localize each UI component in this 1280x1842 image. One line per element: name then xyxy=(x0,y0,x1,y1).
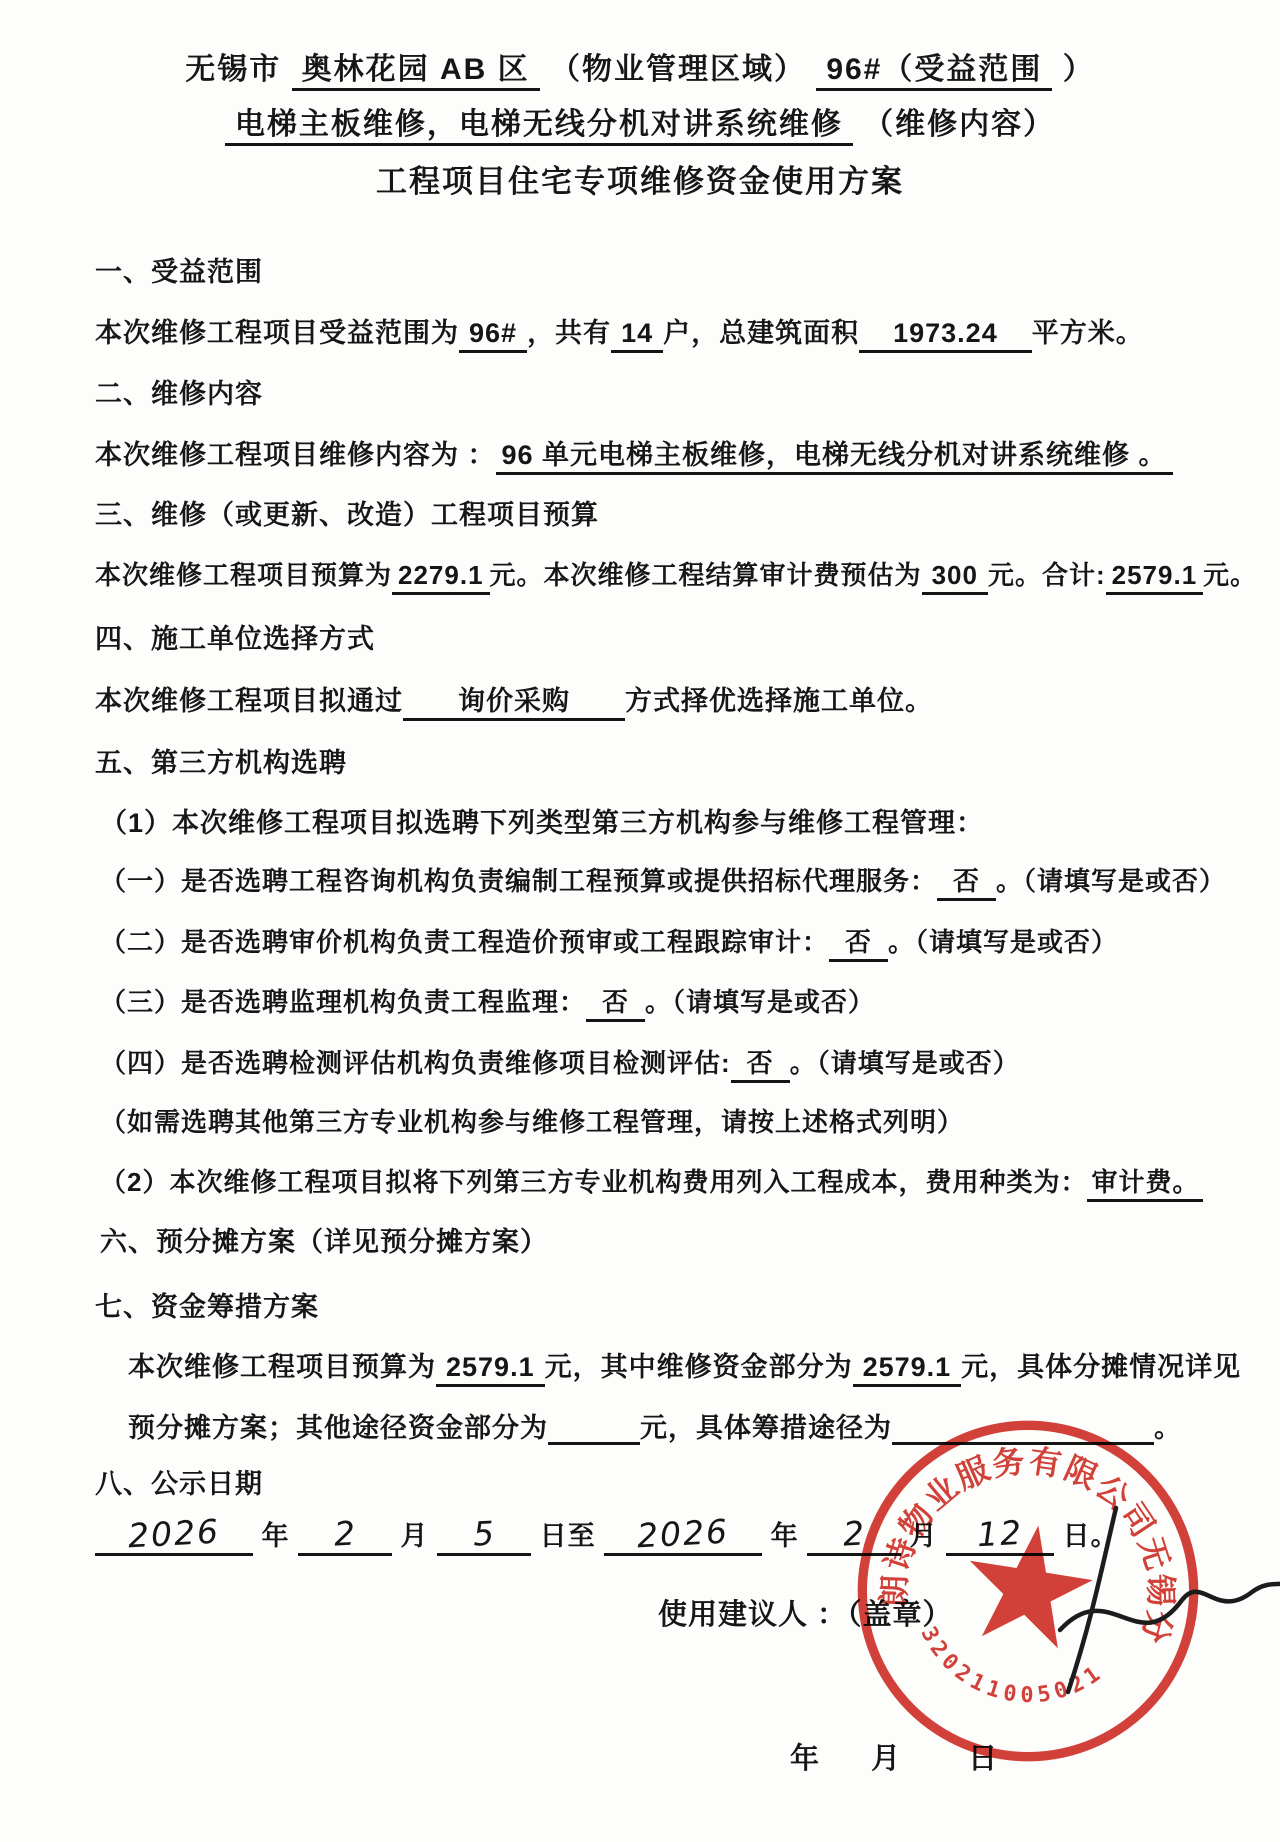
end-year-value: 2026 xyxy=(604,1514,762,1556)
section1-paragraph: 本次维修工程项目受益范围为96#，共有14户，总建筑面积1973.24平方米。 xyxy=(95,311,1144,350)
section5-q3: （三）是否选聘监理机构负责工程监理：否。（请填写是或否） xyxy=(100,982,875,1019)
section7-heading-text: 七、资金筹措方案 xyxy=(95,1292,319,1322)
section1-heading: 一、受益范围 xyxy=(95,250,263,289)
s2-text-a: 本次维修工程项目维修内容为 ： xyxy=(95,440,496,470)
title-repair-content-label: （维修内容） xyxy=(863,108,1055,141)
s5-q2-text: （二）是否选聘审价机构负责工程造价预审或工程跟踪审计： xyxy=(100,927,829,957)
start-year-handwriting: 2026 xyxy=(127,1512,221,1556)
title-city: 无锡市 xyxy=(185,53,281,86)
title-mid-label: （物业管理区域） xyxy=(550,53,806,86)
section5-heading-text: 五、第三方机构选聘 xyxy=(95,748,347,778)
section3-heading: 三、维修（或更新、改造）工程项目预算 xyxy=(95,493,599,532)
section5-item1: （1）本次维修工程项目拟选聘下列类型第三方机构参与维修工程管理： xyxy=(100,801,984,840)
end-year-handwriting: 2026 xyxy=(636,1512,730,1556)
s1-text-c: 户，总建筑面积 xyxy=(663,318,859,348)
s1-text-b: ，共有 xyxy=(527,318,611,348)
s5-q3-text: （三）是否选聘监理机构负责工程监理： xyxy=(100,987,586,1017)
s5-q2-suffix: 。（请填写是或否） xyxy=(888,927,1118,957)
start-year-value: 2026 xyxy=(95,1514,253,1556)
title-community-value: 奥林花园 AB 区 xyxy=(292,53,540,91)
s1-text-a: 本次维修工程项目受益范围为 xyxy=(95,318,459,348)
title-scope-value: 96#（受益范围 xyxy=(816,53,1052,91)
s1-area-value: 1973.24 xyxy=(859,318,1032,353)
section2-heading: 二、维修内容 xyxy=(95,372,263,411)
section2-paragraph: 本次维修工程项目维修内容为 ：96 单元电梯主板维修，电梯无线分机对讲系统维修 … xyxy=(95,433,1173,472)
section8-heading-text: 八、公示日期 xyxy=(95,1469,263,1499)
s3-audit-fee-value: 300 xyxy=(922,560,988,595)
section4-heading-text: 四、施工单位选择方式 xyxy=(95,624,375,654)
s3-budget-value: 2279.1 xyxy=(392,560,490,595)
s4-text-b: 方式择优选择施工单位。 xyxy=(625,686,933,716)
start-day-handwriting: 5 xyxy=(472,1513,497,1553)
s5-q1-suffix: 。（请填写是或否） xyxy=(996,866,1226,896)
s3-text-a: 本次维修工程项目预算为 xyxy=(95,560,392,590)
s5-q4-suffix: 。（请填写是或否） xyxy=(790,1048,1020,1078)
s7-text-b: 元，其中维修资金部分为 xyxy=(545,1352,853,1382)
s3-text-d: 元。 xyxy=(1203,560,1257,590)
title-close-paren: ） xyxy=(1063,53,1095,86)
title-repair-content-value: 电梯主板维修，电梯无线分机对讲系统维修 xyxy=(225,108,853,146)
s3-total-value: 2579.1 xyxy=(1106,560,1204,595)
s5-q1-text: （一）是否选聘工程咨询机构负责编制工程预算或提供招标代理服务： xyxy=(100,866,937,896)
section2-heading-text: 二、维修内容 xyxy=(95,379,263,409)
signature-ink xyxy=(1020,1480,1280,1720)
s5-q4-text: （四）是否选聘检测评估机构负责维修项目检测评估: xyxy=(100,1048,731,1078)
s7-text-d: 预分摊方案；其他途径资金部分为 xyxy=(128,1413,548,1443)
s3-text-c: 元。合计: xyxy=(988,560,1106,590)
section4-paragraph: 本次维修工程项目拟通过询价采购方式择优选择施工单位。 xyxy=(95,679,933,718)
section6-heading: 六、预分摊方案（详见预分摊方案） xyxy=(100,1220,548,1259)
section5-heading: 五、第三方机构选聘 xyxy=(95,741,347,780)
start-month-value: 2 xyxy=(298,1514,392,1556)
section5-note: （如需选聘其他第三方专业机构参与维修工程管理，请按上述格式列明） xyxy=(100,1102,964,1139)
s3-text-b: 元。本次维修工程结算审计费预估为 xyxy=(490,560,922,590)
signature-stroke-1 xyxy=(1068,1508,1116,1692)
page-title: 工程项目住宅专项维修资金使用方案 xyxy=(376,164,904,199)
s7-fund-value: 2579.1 xyxy=(853,1352,962,1387)
section6-heading-text: 六、预分摊方案（详见预分摊方案） xyxy=(100,1227,548,1257)
s5-note-text: （如需选聘其他第三方专业机构参与维修工程管理，请按上述格式列明） xyxy=(100,1107,964,1137)
doc-title-line1: 无锡市 奥林花园 AB 区 （物业管理区域） 96#（受益范围 ） xyxy=(0,44,1280,88)
section4-heading: 四、施工单位选择方式 xyxy=(95,617,375,656)
section5-q4: （四）是否选聘检测评估机构负责维修项目检测评估:否。（请填写是或否） xyxy=(100,1043,1020,1080)
s2-content-value: 96 单元电梯主板维修，电梯无线分机对讲系统维修 。 xyxy=(496,440,1173,475)
s7-budget-value: 2579.1 xyxy=(436,1352,545,1387)
s5-item1-text: （1）本次维修工程项目拟选聘下列类型第三方机构参与维修工程管理： xyxy=(100,808,984,838)
section5-q2: （二）是否选聘审价机构负责工程造价预审或工程跟踪审计：否。（请填写是或否） xyxy=(100,922,1118,959)
doc-title-line2: 电梯主板维修，电梯无线分机对讲系统维修 （维修内容） xyxy=(0,99,1280,143)
s7-text-e: 元，具体筹措途径为 xyxy=(640,1413,892,1443)
s5-q4-answer: 否 xyxy=(731,1048,790,1083)
section8-heading: 八、公示日期 xyxy=(95,1462,263,1501)
year1-label: 年 xyxy=(262,1521,290,1551)
year2-label: 年 xyxy=(771,1521,799,1551)
s5-q1-answer: 否 xyxy=(937,866,996,901)
start-month-handwriting: 2 xyxy=(333,1513,358,1553)
footer-year-label: 年 xyxy=(790,1743,820,1775)
s5-fee-type-value: 审计费。 xyxy=(1087,1167,1203,1202)
s5-q3-answer: 否 xyxy=(586,987,645,1022)
section1-heading-text: 一、受益范围 xyxy=(95,257,263,287)
month1-label: 月 xyxy=(401,1521,429,1551)
s4-text-a: 本次维修工程项目拟通过 xyxy=(95,686,403,716)
s5-item2-text: （2）本次维修工程项目拟将下列第三方专业机构费用列入工程成本，费用种类为： xyxy=(100,1167,1087,1197)
s7-other-fund-blank xyxy=(548,1412,640,1445)
start-day-value: 5 xyxy=(437,1514,531,1556)
s5-q2-answer: 否 xyxy=(829,927,888,962)
document-page: 无锡市 奥林花园 AB 区 （物业管理区域） 96#（受益范围 ） 电梯主板维修… xyxy=(0,0,1280,1842)
s7-text-a: 本次维修工程项目预算为 xyxy=(128,1352,436,1382)
s7-text-c: 元，具体分摊情况详见 xyxy=(961,1352,1241,1382)
s4-method-value: 询价采购 xyxy=(403,686,625,721)
section3-paragraph: 本次维修工程项目预算为2279.1元。本次维修工程结算审计费预估为300元。合计… xyxy=(95,555,1257,592)
section5-item2: （2）本次维修工程项目拟将下列第三方专业机构费用列入工程成本，费用种类为：审计费… xyxy=(100,1162,1203,1199)
s5-q3-suffix: 。（请填写是或否） xyxy=(645,987,875,1017)
section3-heading-text: 三、维修（或更新、改造）工程项目预算 xyxy=(95,500,599,530)
section5-q1: （一）是否选聘工程咨询机构负责编制工程预算或提供招标代理服务：否。（请填写是或否… xyxy=(100,861,1226,898)
s1-building-value: 96# xyxy=(459,318,527,353)
doc-title-main: 工程项目住宅专项维修资金使用方案 xyxy=(0,156,1280,201)
s1-text-d: 平方米。 xyxy=(1032,318,1144,348)
section7-heading: 七、资金筹措方案 xyxy=(95,1285,319,1324)
s1-households-value: 14 xyxy=(611,318,663,353)
day1-label: 日至 xyxy=(540,1521,596,1551)
section7-paragraph-line1: 本次维修工程项目预算为2579.1元，其中维修资金部分为2579.1元，具体分摊… xyxy=(128,1345,1241,1384)
